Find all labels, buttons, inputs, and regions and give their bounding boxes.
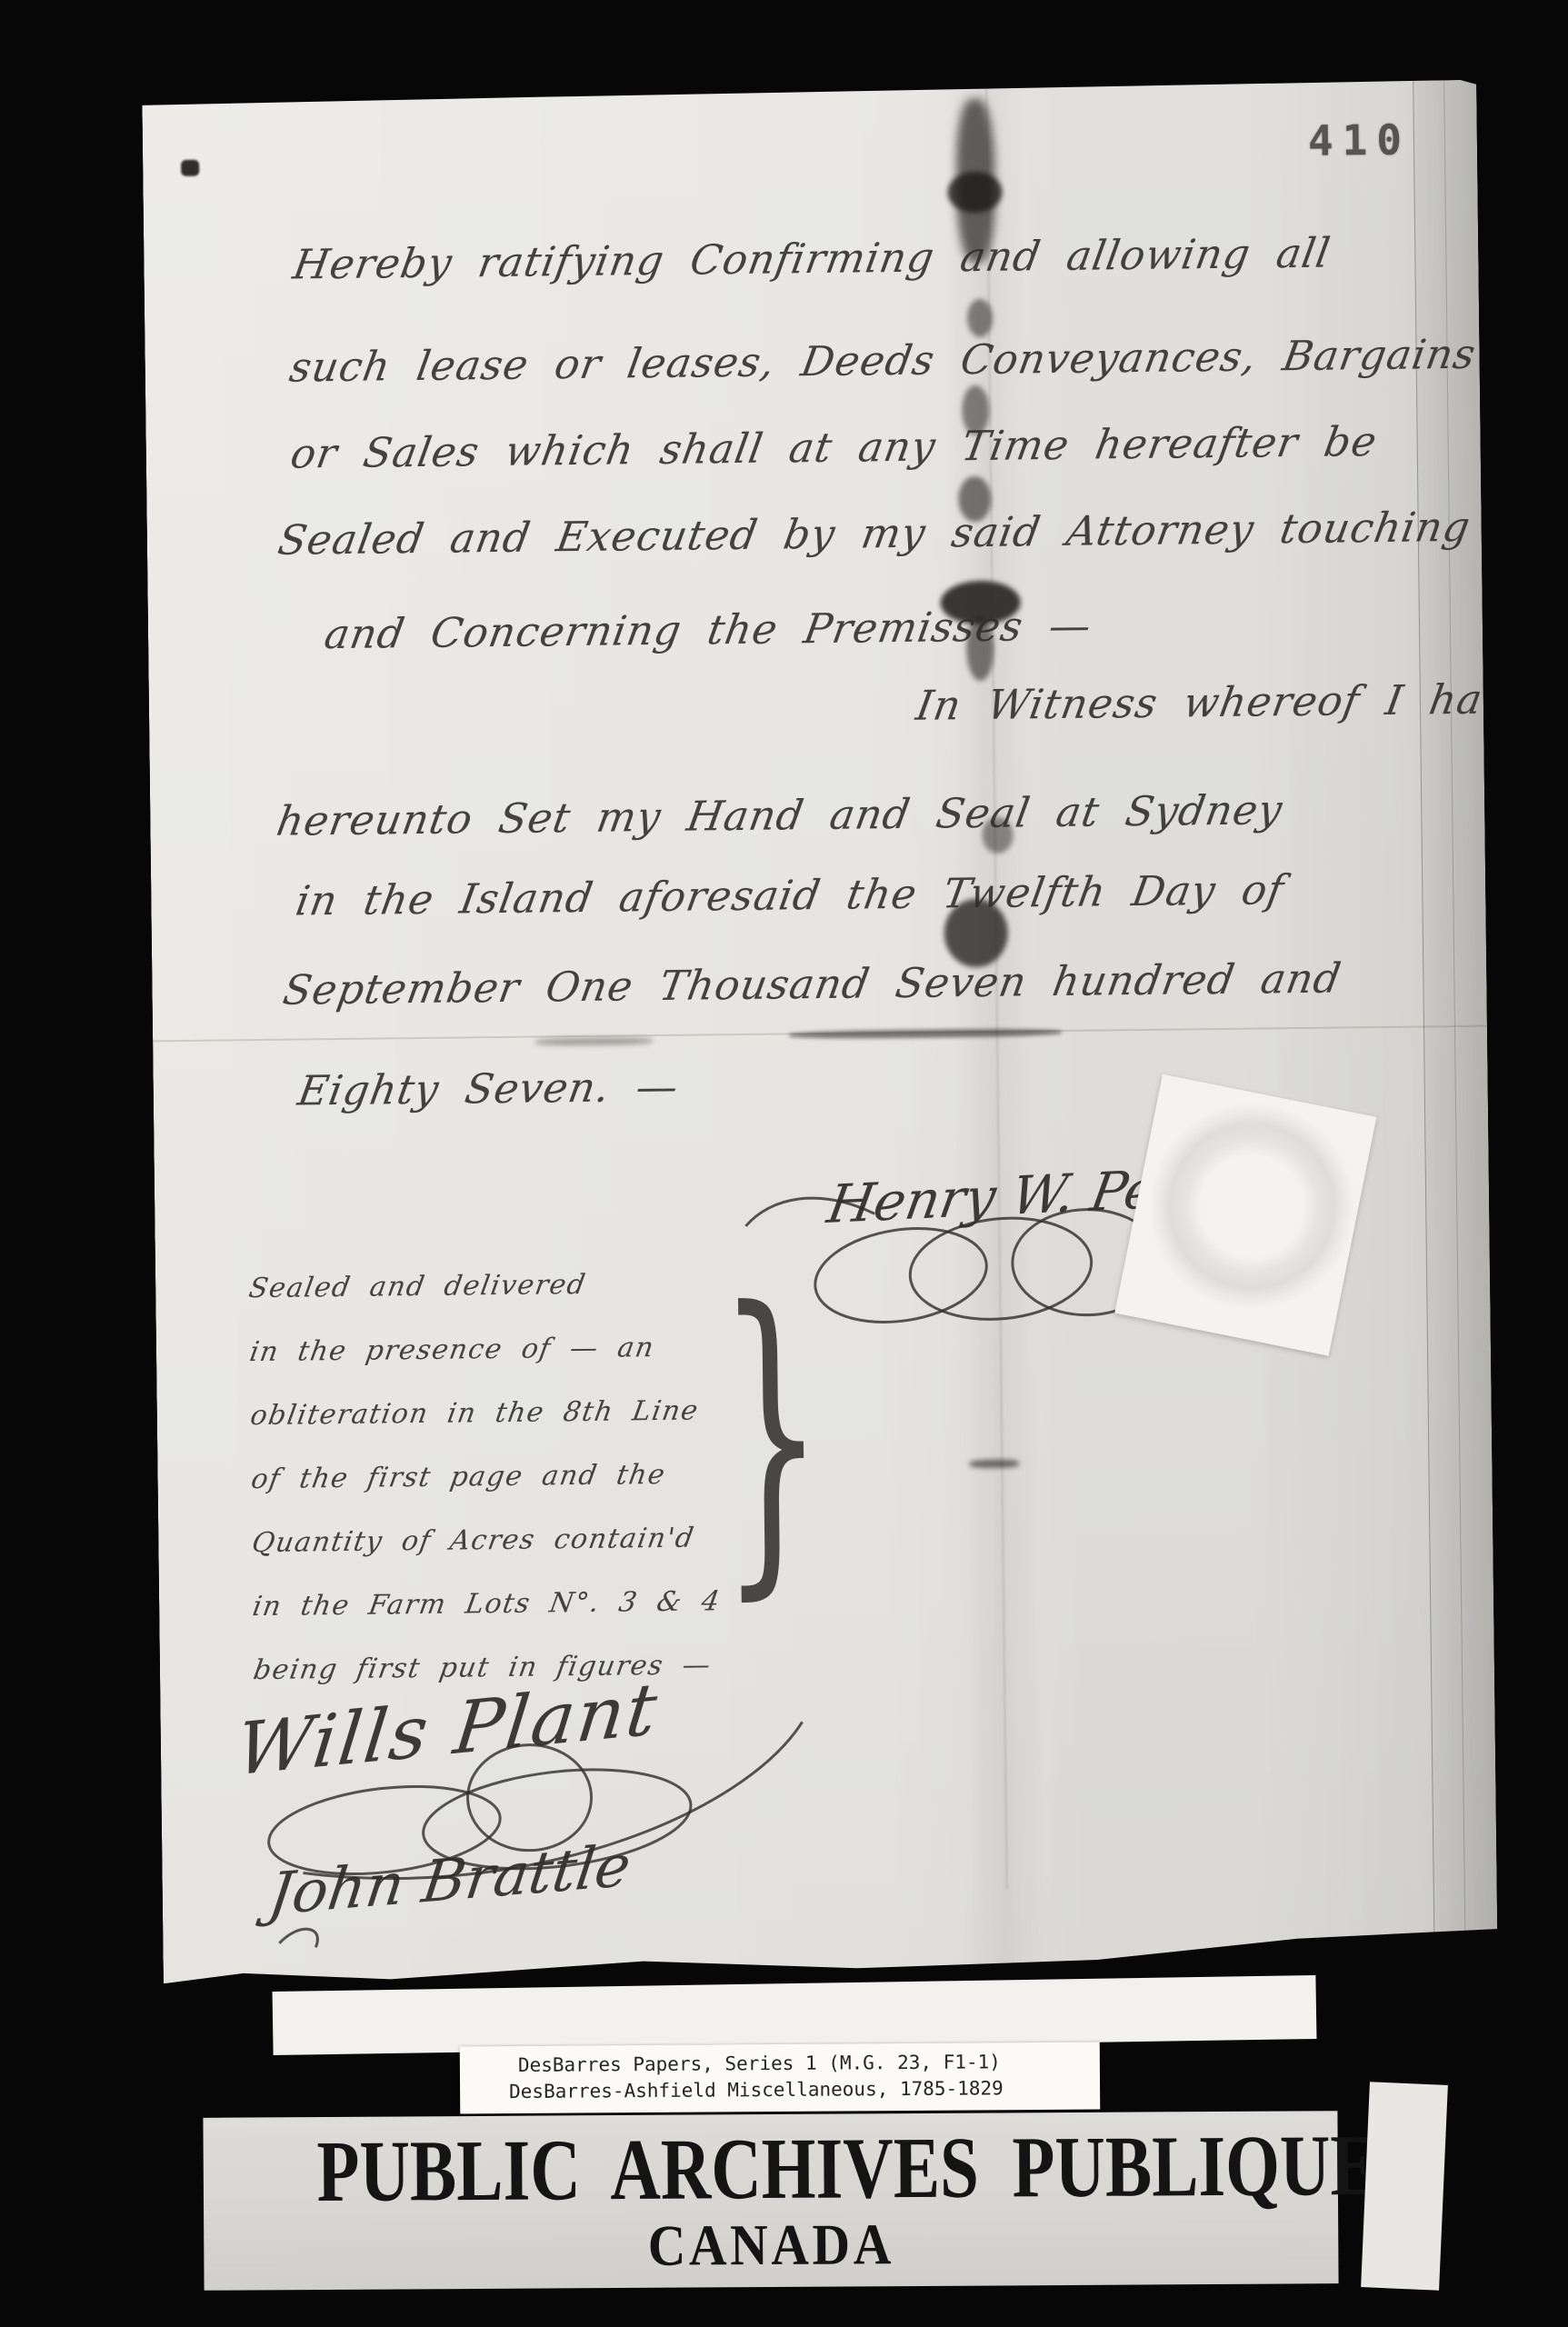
- backing-sheet: [273, 1975, 1317, 2055]
- ink-speck: [181, 160, 199, 176]
- archive-label-card: DesBarres Papers, Series 1 (M.G. 23, F1-…: [460, 2042, 1100, 2114]
- manuscript-line: Eighty Seven. —: [295, 1063, 683, 1115]
- manuscript-line: or Sales which shall at any Time hereaft…: [287, 417, 1381, 478]
- archive-label-line1: DesBarres Papers, Series 1 (M.G. 23, F1-…: [518, 2049, 1100, 2079]
- witness-note-line: in the presence of — an: [247, 1332, 657, 1368]
- archives-banner: PUBLIC ARCHIVES PUBLIQUES CANADA: [203, 2111, 1338, 2291]
- wax-seal-patch: [1114, 1074, 1376, 1356]
- manuscript-line: In Witness whereof I have: [913, 674, 1535, 730]
- witness-note-line: of the first page and the: [249, 1459, 668, 1495]
- witness-brace: }: [717, 1269, 826, 1600]
- ink-smear: [969, 1460, 1019, 1469]
- witness-note-line: Quantity of Acres contain'd: [250, 1523, 697, 1560]
- archives-banner-subtitle: CANADA: [261, 2213, 1283, 2278]
- manuscript-line: September One Thousand Seven hundred and: [280, 954, 1345, 1014]
- manuscript-line: hereunto Set my Hand and Seal at Sydney: [274, 785, 1287, 845]
- witness-note-line: obliteration in the 8th Line: [248, 1395, 702, 1433]
- manuscript-page: 410 Hereby ratifying Confirming and allo…: [142, 80, 1497, 1984]
- manuscript-line: in the Island aforesaid the Twelfth Day …: [293, 865, 1288, 924]
- archival-scan: 410 Hereby ratifying Confirming and allo…: [0, 0, 1568, 2327]
- manuscript-line: such lease or leases, Deeds Conveyances,…: [286, 330, 1480, 392]
- manuscript-line: Hereby ratifying Confirming and allowing…: [290, 229, 1334, 289]
- ink-smear: [534, 1037, 653, 1045]
- ink-blot: [967, 299, 993, 337]
- archive-label-line2: DesBarres-Ashfield Miscellaneous, 1785-1…: [509, 2075, 1100, 2106]
- manuscript-line: and Concerning the Premisses —: [321, 602, 1095, 659]
- manuscript-line: Sealed and Executed by my said Attorney …: [275, 503, 1474, 564]
- folio-number: 410: [1308, 115, 1412, 165]
- flourish-loop: [279, 1929, 317, 1948]
- archives-banner-title: PUBLIC ARCHIVES PUBLIQUES: [316, 2122, 1224, 2215]
- signature-john-brattle: John Brattle: [265, 1833, 634, 1929]
- witness-note-line: in the Farm Lots N°. 3 & 4: [250, 1585, 723, 1623]
- paper-sliver: [1361, 2082, 1448, 2291]
- witness-note-line: Sealed and delivered: [246, 1269, 588, 1304]
